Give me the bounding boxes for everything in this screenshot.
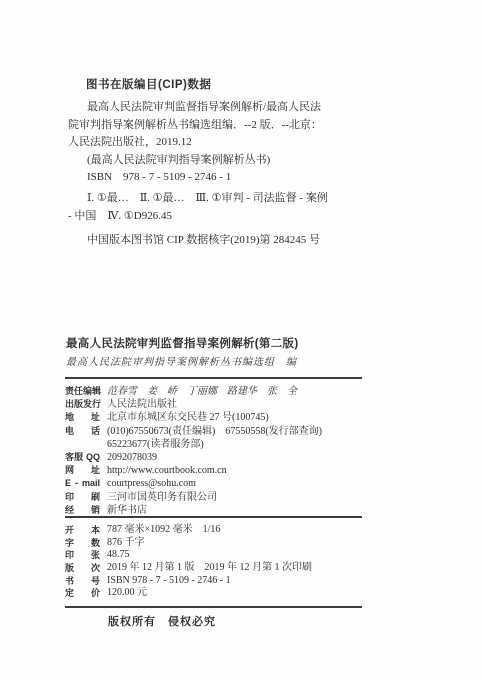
credit-value: 北京市东城区东交民巷 27 号(100745) bbox=[107, 411, 269, 424]
credit-label: E - mail bbox=[65, 477, 100, 490]
spec-row-isbn: 书 号 ISBN 978 - 7 - 5109 - 2746 - 1 bbox=[65, 575, 312, 588]
credit-row-printer: 印 刷 三河市国英印务有限公司 bbox=[65, 491, 322, 504]
credit-label: 责任编辑 bbox=[65, 385, 100, 398]
divider-bottom bbox=[65, 606, 362, 608]
cip-description: 最高人民法院审判监督指导案例解析/最高人民法 院审判指导案例解析丛书编选组编．-… bbox=[68, 99, 322, 187]
spec-row-format: 开 本 787 毫米×1092 毫米 1/16 bbox=[65, 524, 312, 537]
credit-value: 新华书店 bbox=[107, 504, 147, 517]
cip-record-number: 中国版本图书馆 CIP 数据核字(2019)第 284245 号 bbox=[87, 231, 320, 247]
spec-value: 787 毫米×1092 毫米 1/16 bbox=[107, 524, 220, 537]
cip-series-note: (最高人民法院审判指导案例解析丛书) bbox=[68, 152, 322, 170]
cip-description-line-3: 人民法院出版社，2019.12 bbox=[68, 134, 322, 152]
cip-classification: Ⅰ. ①最… Ⅱ. ①最… Ⅲ. ①审判 - 司法监督 - 案例 - 中国 Ⅳ.… bbox=[68, 190, 328, 225]
credit-label: 经 销 bbox=[65, 504, 100, 517]
spec-label: 书 号 bbox=[65, 575, 100, 588]
copyright-notice: 版权所有 侵权必究 bbox=[108, 613, 216, 629]
book-title: 最高人民法院审判监督指导案例解析(第二版) bbox=[66, 335, 298, 351]
cip-header: 图书在版编目(CIP)数据 bbox=[86, 76, 211, 92]
credit-row-email: E - mail courtpress@sohu.com bbox=[65, 477, 322, 490]
cip-description-line-2: 院审判指导案例解析丛书编选组编．--2 版．--北京： bbox=[68, 117, 322, 135]
credit-row-editors: 责任编辑 范春雪 姜 峤 丁丽娜 路建华 张 全 bbox=[65, 385, 322, 398]
divider-middle bbox=[65, 516, 362, 518]
divider-top bbox=[65, 377, 362, 379]
spec-row-edition: 版 次 2019 年 12 月第 1 版 2019 年 12 月第 1 次印刷 bbox=[65, 562, 312, 575]
credit-value: 2092078039 bbox=[107, 451, 157, 464]
spec-label: 版 次 bbox=[65, 562, 100, 575]
credit-row-distributor: 经 销 新华书店 bbox=[65, 504, 322, 517]
credits-block: 责任编辑 范春雪 姜 峤 丁丽娜 路建华 张 全 出版发行 人民法院出版社 地 … bbox=[65, 385, 322, 517]
cip-classification-line-2: - 中国 Ⅳ. ①D926.45 bbox=[68, 208, 328, 226]
spec-row-price: 定 价 120.00 元 bbox=[65, 587, 312, 600]
spec-value: 876 千字 bbox=[107, 537, 145, 550]
cip-classification-line-1: Ⅰ. ①最… Ⅱ. ①最… Ⅲ. ①审判 - 司法监督 - 案例 bbox=[68, 190, 328, 208]
spec-row-wordcount: 字 数 876 千字 bbox=[65, 537, 312, 550]
colophon-page: 图书在版编目(CIP)数据 最高人民法院审判监督指导案例解析/最高人民法 院审判… bbox=[0, 0, 482, 680]
credit-value: 三河市国英印务有限公司 bbox=[107, 491, 217, 504]
credit-row-qq: 客服 QQ 2092078039 bbox=[65, 451, 322, 464]
credit-value: http://www.courtbook.com.cn bbox=[107, 464, 227, 477]
credit-value: (010)67550673(责任编辑) 67550558(发行部查询) bbox=[107, 425, 322, 438]
credit-row-telephone-cont: 65223677(读者服务部) bbox=[65, 438, 322, 451]
credit-row-website: 网 址 http://www.courtbook.com.cn bbox=[65, 464, 322, 477]
spec-value: ISBN 978 - 7 - 5109 - 2746 - 1 bbox=[107, 575, 231, 588]
credit-value: 65223677(读者服务部) bbox=[107, 438, 204, 451]
credit-row-publisher: 出版发行 人民法院出版社 bbox=[65, 398, 322, 411]
spec-label: 字 数 bbox=[65, 537, 100, 550]
credit-label: 电 话 bbox=[65, 425, 100, 438]
credit-label bbox=[65, 438, 100, 451]
spec-value: 48.75 bbox=[107, 549, 130, 562]
credit-value: courtpress@sohu.com bbox=[107, 477, 196, 490]
cip-isbn: ISBN 978 - 7 - 5109 - 2746 - 1 bbox=[68, 169, 322, 187]
spec-value: 120.00 元 bbox=[107, 587, 147, 600]
spec-value: 2019 年 12 月第 1 版 2019 年 12 月第 1 次印刷 bbox=[107, 562, 312, 575]
credit-label: 印 刷 bbox=[65, 491, 100, 504]
book-editor-statement: 最高人民法院审判指导案例解析丛书编选组 编 bbox=[66, 353, 297, 368]
spec-row-sheets: 印 张 48.75 bbox=[65, 549, 312, 562]
credit-value: 人民法院出版社 bbox=[107, 398, 177, 411]
spec-label: 开 本 bbox=[65, 524, 100, 537]
credit-label: 客服 QQ bbox=[65, 451, 100, 464]
spec-label: 印 张 bbox=[65, 549, 100, 562]
cip-description-line-1: 最高人民法院审判监督指导案例解析/最高人民法 bbox=[68, 99, 322, 117]
credit-label: 网 址 bbox=[65, 464, 100, 477]
credit-row-telephone: 电 话 (010)67550673(责任编辑) 67550558(发行部查询) bbox=[65, 425, 322, 438]
spec-label: 定 价 bbox=[65, 587, 100, 600]
credit-row-address: 地 址 北京市东城区东交民巷 27 号(100745) bbox=[65, 411, 322, 424]
specs-block: 开 本 787 毫米×1092 毫米 1/16 字 数 876 千字 印 张 4… bbox=[65, 524, 312, 600]
credit-label: 地 址 bbox=[65, 411, 100, 424]
credit-value: 范春雪 姜 峤 丁丽娜 路建华 张 全 bbox=[107, 385, 297, 398]
credit-label: 出版发行 bbox=[65, 398, 100, 411]
